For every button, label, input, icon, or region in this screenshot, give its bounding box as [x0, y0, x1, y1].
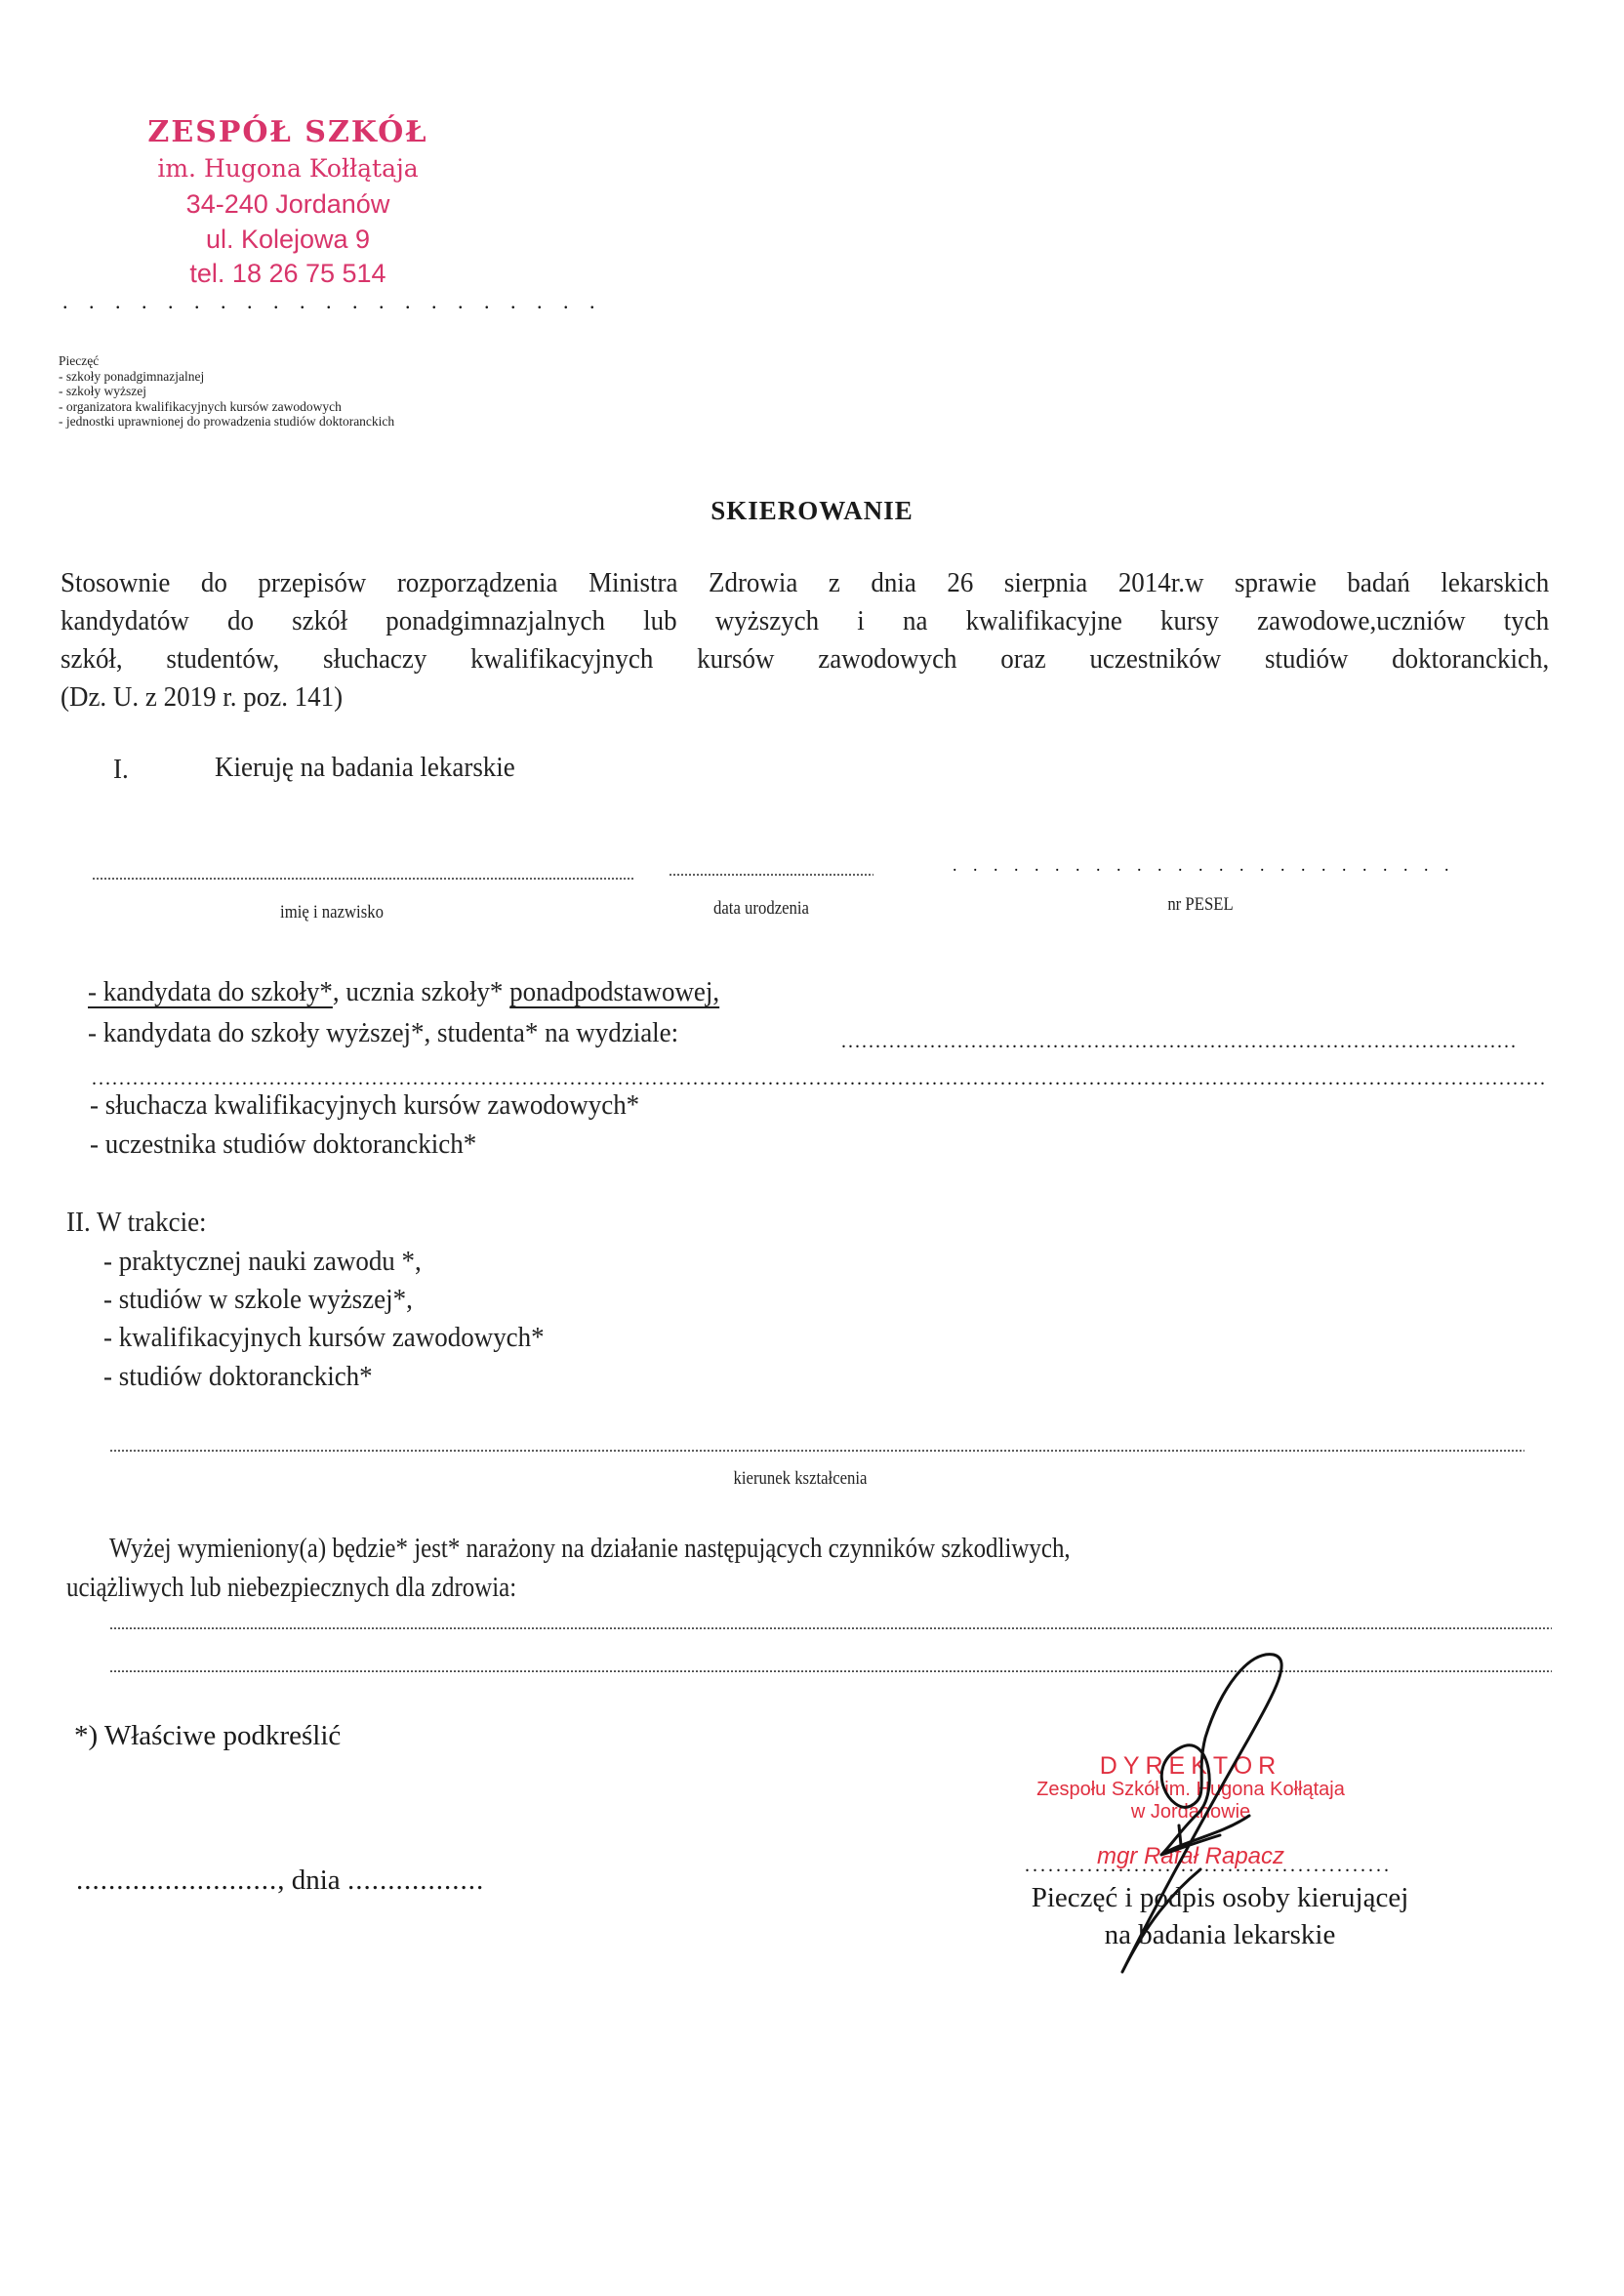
section2-item[interactable]: - studiów doktoranckich* [103, 1361, 373, 1393]
pesel-label: nr PESEL [1140, 894, 1260, 916]
faculty-field[interactable]: ........................................… [841, 1031, 1515, 1053]
hazards-line2: uciążliwych lub niebezpiecznych dla zdro… [66, 1572, 516, 1604]
dnia-label: , dnia [277, 1865, 347, 1896]
stamp-caption-heading: Pieczęć [59, 353, 394, 369]
intro-paragraph: Stosownie do przepisów rozporządzenia Mi… [61, 564, 1549, 717]
stamp-street: ul. Kolejowa 9 [127, 225, 449, 255]
school-type-value[interactable]: ponadpodstawowej, [509, 976, 719, 1007]
option-university-row: - kandydata do szkoły wyższej*, studenta… [88, 1017, 678, 1049]
full-name-label: imię i nazwisko [237, 902, 426, 923]
stamp-dotted-line: . . . . . . . . . . . . . . . . . . . . … [62, 289, 609, 314]
option-doctoral-participant[interactable]: - uczestnika studiów doktoranckich* [90, 1128, 476, 1161]
stamp-caption-item: - szkoły ponadgimnazjalnej [59, 369, 394, 385]
option-course-student[interactable]: - słuchacza kwalifikacyjnych kursów zawo… [90, 1089, 639, 1122]
stamp-caption-item: - organizatora kwalifikacyjnych kursów z… [59, 399, 394, 415]
intro-line: Stosownie do przepisów rozporządzenia Mi… [61, 564, 1549, 602]
birth-date-label: data urodzenia [675, 898, 847, 920]
section2-item[interactable]: - studiów w szkole wyższej*, [103, 1284, 413, 1316]
signature-caption-line1: Pieczęć i podpis osoby kierującej [995, 1882, 1444, 1914]
birth-date-field[interactable]: ........................................… [669, 863, 873, 881]
hazards-line1: Wyżej wymieniony(a) będzie* jest* narażo… [109, 1533, 1071, 1565]
stamp-caption-item: - szkoły wyższej [59, 384, 394, 399]
school-stamp: ZESPÓŁ SZKÓŁ im. Hugona Kołłątaja 34-240… [127, 115, 449, 291]
option-school-pupil[interactable]: , ucznia szkoły* [333, 976, 509, 1007]
section1-numeral: I. [113, 754, 129, 786]
option-school-candidate-row: - kandydata do szkoły*, ucznia szkoły* p… [88, 976, 719, 1008]
hazards-field-1[interactable]: ........................................… [109, 1617, 1552, 1634]
place-field[interactable]: ......................... [76, 1865, 277, 1896]
stamp-patron: im. Hugona Kołłątaja [127, 154, 449, 183]
stamp-postcode-city: 34-240 Jordanów [127, 189, 449, 220]
stamp-phone: tel. 18 26 75 514 [127, 259, 449, 289]
footnote: *) Właściwe podkreślić [74, 1720, 341, 1752]
section2-item[interactable]: - praktycznej nauki zawodu *, [103, 1246, 422, 1278]
intro-line: kandydatów do szkół ponadgimnazjalnych l… [61, 602, 1549, 640]
field-of-study-field[interactable]: ........................................… [109, 1439, 1524, 1456]
field-of-study-label: kierunek kształcenia [697, 1468, 903, 1490]
document-title: SKIEROWANIE [0, 496, 1624, 526]
section1-heading: Kieruję na badania lekarskie [215, 752, 515, 784]
stamp-caption: Pieczęć - szkoły ponadgimnazjalnej - szk… [59, 353, 394, 430]
intro-line: szkół, studentów, słuchaczy kwalifikacyj… [61, 640, 1549, 678]
hazards-field-2[interactable]: ........................................… [109, 1660, 1552, 1677]
section2-heading: II. W trakcie: [66, 1207, 207, 1239]
place-date-row: ........................., dnia ........… [76, 1865, 484, 1897]
pesel-field[interactable]: . . . . . . . . . . . . . . . . . . . . … [953, 855, 1452, 876]
stamp-caption-item: - jednostki uprawnionej do prowadzenia s… [59, 414, 394, 430]
intro-line: (Dz. U. z 2019 r. poz. 141) [61, 678, 1549, 717]
section2-item[interactable]: - kwalifikacyjnych kursów zawodowych* [103, 1322, 545, 1354]
stamp-school-name: ZESPÓŁ SZKÓŁ [127, 115, 449, 149]
option-school-candidate[interactable]: - kandydata do szkoły* [88, 976, 333, 1007]
full-name-field[interactable]: ........................................… [92, 867, 634, 884]
faculty-field-continued[interactable]: ........................................… [92, 1068, 1546, 1090]
option-university-candidate[interactable]: - kandydata do szkoły wyższej*, studenta… [88, 1017, 678, 1048]
signature-caption-line2: na badania lekarskie [995, 1919, 1444, 1951]
date-field[interactable]: ................. [347, 1865, 484, 1896]
